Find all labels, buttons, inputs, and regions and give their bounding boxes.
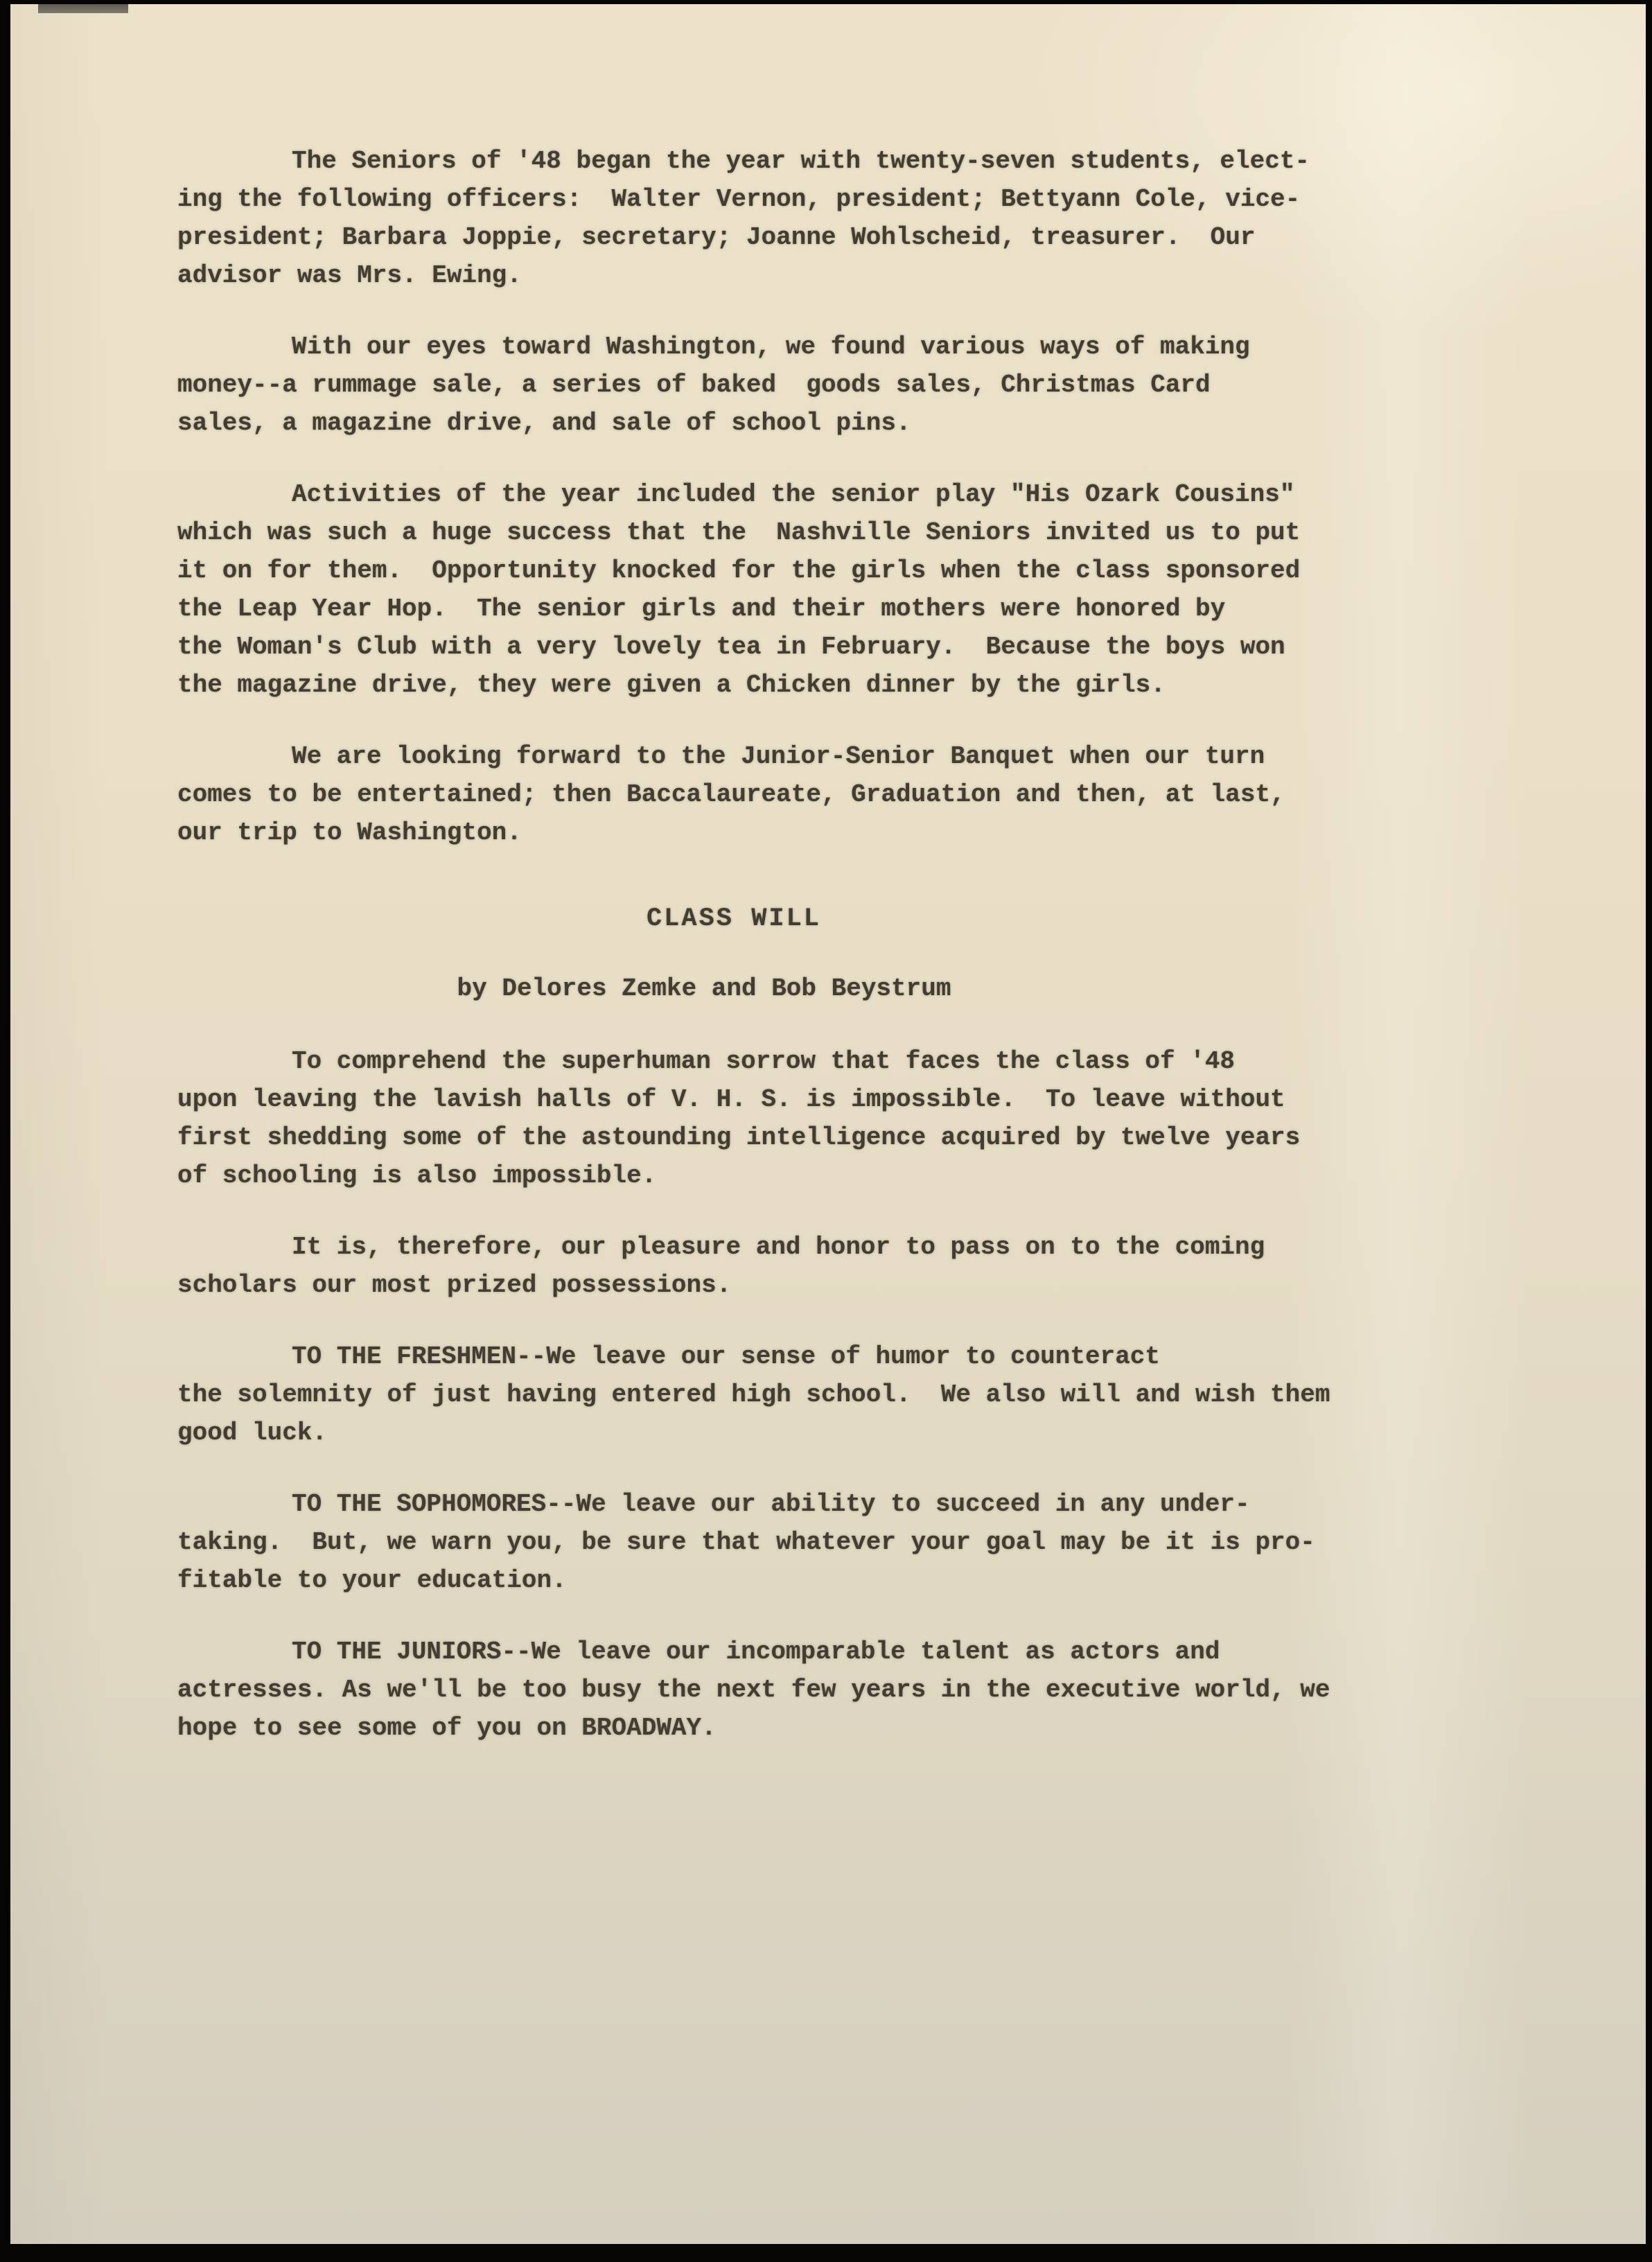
text-line: TO THE JUNIORS--We leave our incomparabl… bbox=[177, 1633, 1362, 1671]
text-line: With our eyes toward Washington, we foun… bbox=[177, 328, 1362, 366]
text-line: To comprehend the superhuman sorrow that… bbox=[177, 1042, 1362, 1080]
text-line: taking. But, we warn you, be sure that w… bbox=[177, 1523, 1362, 1561]
text-line: president; Barbara Joppie, secretary; Jo… bbox=[177, 218, 1362, 256]
text-line: It is, therefore, our pleasure and honor… bbox=[177, 1228, 1362, 1266]
text-line: fitable to your education. bbox=[177, 1561, 1362, 1599]
class-history-section: The Seniors of '48 began the year with t… bbox=[177, 142, 1362, 852]
paragraph: It is, therefore, our pleasure and honor… bbox=[177, 1228, 1362, 1304]
text-line: hope to see some of you on BROADWAY. bbox=[177, 1709, 1362, 1747]
text-line: our trip to Washington. bbox=[177, 814, 1362, 852]
paragraph: We are looking forward to the Junior-Sen… bbox=[177, 737, 1362, 852]
paragraph: To comprehend the superhuman sorrow that… bbox=[177, 1042, 1362, 1195]
text-line: actresses. As we'll be too busy the next… bbox=[177, 1671, 1362, 1709]
paragraph: TO THE SOPHOMORES--We leave our ability … bbox=[177, 1485, 1362, 1599]
text-line: advisor was Mrs. Ewing. bbox=[177, 256, 1362, 295]
text-line: the solemnity of just having entered hig… bbox=[177, 1376, 1362, 1414]
paragraph: Activities of the year included the seni… bbox=[177, 475, 1362, 704]
text-line: Activities of the year included the seni… bbox=[177, 475, 1362, 514]
scanned-page: The Seniors of '48 began the year with t… bbox=[10, 4, 1646, 2244]
text-line: good luck. bbox=[177, 1414, 1362, 1452]
text-line: The Seniors of '48 began the year with t… bbox=[177, 142, 1362, 180]
page-content: The Seniors of '48 began the year with t… bbox=[177, 142, 1362, 1780]
text-line: of schooling is also impossible. bbox=[177, 1157, 1362, 1195]
paragraph: TO THE JUNIORS--We leave our incomparabl… bbox=[177, 1633, 1362, 1747]
text-line: the magazine drive, they were given a Ch… bbox=[177, 666, 1362, 704]
text-line: money--a rummage sale, a series of baked… bbox=[177, 366, 1362, 404]
text-line: sales, a magazine drive, and sale of sch… bbox=[177, 404, 1362, 442]
paragraph: The Seniors of '48 began the year with t… bbox=[177, 142, 1362, 295]
text-line: ing the following officers: Walter Verno… bbox=[177, 180, 1362, 218]
text-line: comes to be entertained; then Baccalaure… bbox=[177, 775, 1362, 814]
text-line: TO THE SOPHOMORES--We leave our ability … bbox=[177, 1485, 1362, 1523]
text-line: it on for them. Opportunity knocked for … bbox=[177, 552, 1362, 590]
text-line: TO THE FRESHMEN--We leave our sense of h… bbox=[177, 1338, 1362, 1376]
text-line: the Woman's Club with a very lovely tea … bbox=[177, 628, 1362, 666]
class-will-heading: CLASS WILL bbox=[141, 900, 1326, 938]
class-will-section: To comprehend the superhuman sorrow that… bbox=[177, 1042, 1362, 1747]
text-line: We are looking forward to the Junior-Sen… bbox=[177, 737, 1362, 775]
text-line: first shedding some of the astounding in… bbox=[177, 1119, 1362, 1157]
text-line: upon leaving the lavish halls of V. H. S… bbox=[177, 1080, 1362, 1119]
text-line: which was such a huge success that the N… bbox=[177, 514, 1362, 552]
text-line: scholars our most prized possessions. bbox=[177, 1266, 1362, 1304]
class-will-byline: by Delores Zemke and Bob Beystrum bbox=[112, 970, 1297, 1008]
paragraph: With our eyes toward Washington, we foun… bbox=[177, 328, 1362, 442]
scan-edge-artifact bbox=[38, 4, 128, 13]
text-line: the Leap Year Hop. The senior girls and … bbox=[177, 590, 1362, 628]
paragraph: TO THE FRESHMEN--We leave our sense of h… bbox=[177, 1338, 1362, 1452]
